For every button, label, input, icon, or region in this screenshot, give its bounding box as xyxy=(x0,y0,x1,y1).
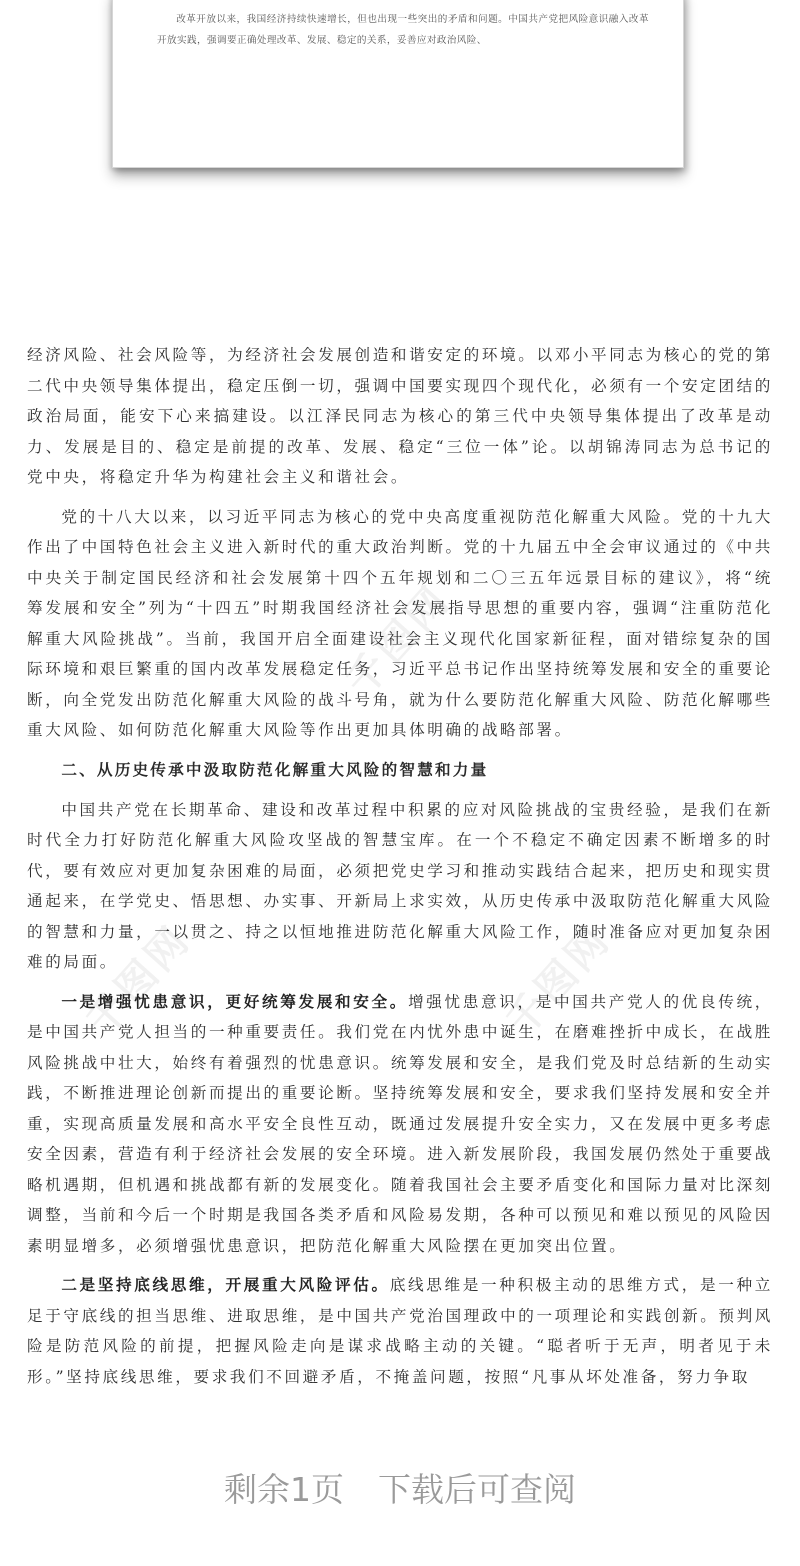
paragraph-body: 增强忧患意识，是中国共产党人的优良传统，是中国共产党人担当的一种重要责任。我们党… xyxy=(27,993,773,1255)
download-to-read-more-link[interactable]: 剩余1页下载后可查阅 xyxy=(0,1464,800,1511)
remaining-pages-count: 剩余1页 xyxy=(224,1470,344,1509)
previous-page-preview: 改革开放以来，我国经济持续快速增长，但也出现一些突出的矛盾和问题。中国共产党把风… xyxy=(112,0,684,168)
preview-paragraph: 改革开放以来，我国经济持续快速增长，但也出现一些突出的矛盾和问题。中国共产党把风… xyxy=(157,9,649,51)
lead-paragraph: 一是增强忧患意识，更好统筹发展和安全。增强忧患意识，是中国共产党人的优良传统，是… xyxy=(27,987,773,1262)
download-prompt: 下载后可查阅 xyxy=(378,1470,576,1509)
document-body: 经济风险、社会风险等，为经济社会发展创造和谐安定的环境。以邓小平同志为核心的党的… xyxy=(27,340,773,1401)
continuation-paragraph: 经济风险、社会风险等，为经济社会发展创造和谐安定的环境。以邓小平同志为核心的党的… xyxy=(27,340,773,493)
section-heading: 二、从历史传承中汲取防范化解重大风险的智慧和力量 xyxy=(27,755,773,785)
paragraph: 中国共产党在长期革命、建设和改革过程中积累的应对风险挑战的宝贵经验，是我们在新时… xyxy=(27,795,773,978)
preview-page-text: 改革开放以来，我国经济持续快速增长，但也出现一些突出的矛盾和问题。中国共产党把风… xyxy=(157,9,649,51)
paragraph: 党的十八大以来，以习近平同志为核心的党中央高度重视防范化解重大风险。党的十九大作… xyxy=(27,502,773,746)
lead-paragraph: 二是坚持底线思维，开展重大风险评估。底线思维是一种积极主动的思维方式，是一种立足… xyxy=(27,1270,773,1392)
paragraph-lead: 一是增强忧患意识，更好统筹发展和安全。 xyxy=(61,992,408,1011)
paragraph-lead: 二是坚持底线思维，开展重大风险评估。 xyxy=(61,1275,390,1294)
